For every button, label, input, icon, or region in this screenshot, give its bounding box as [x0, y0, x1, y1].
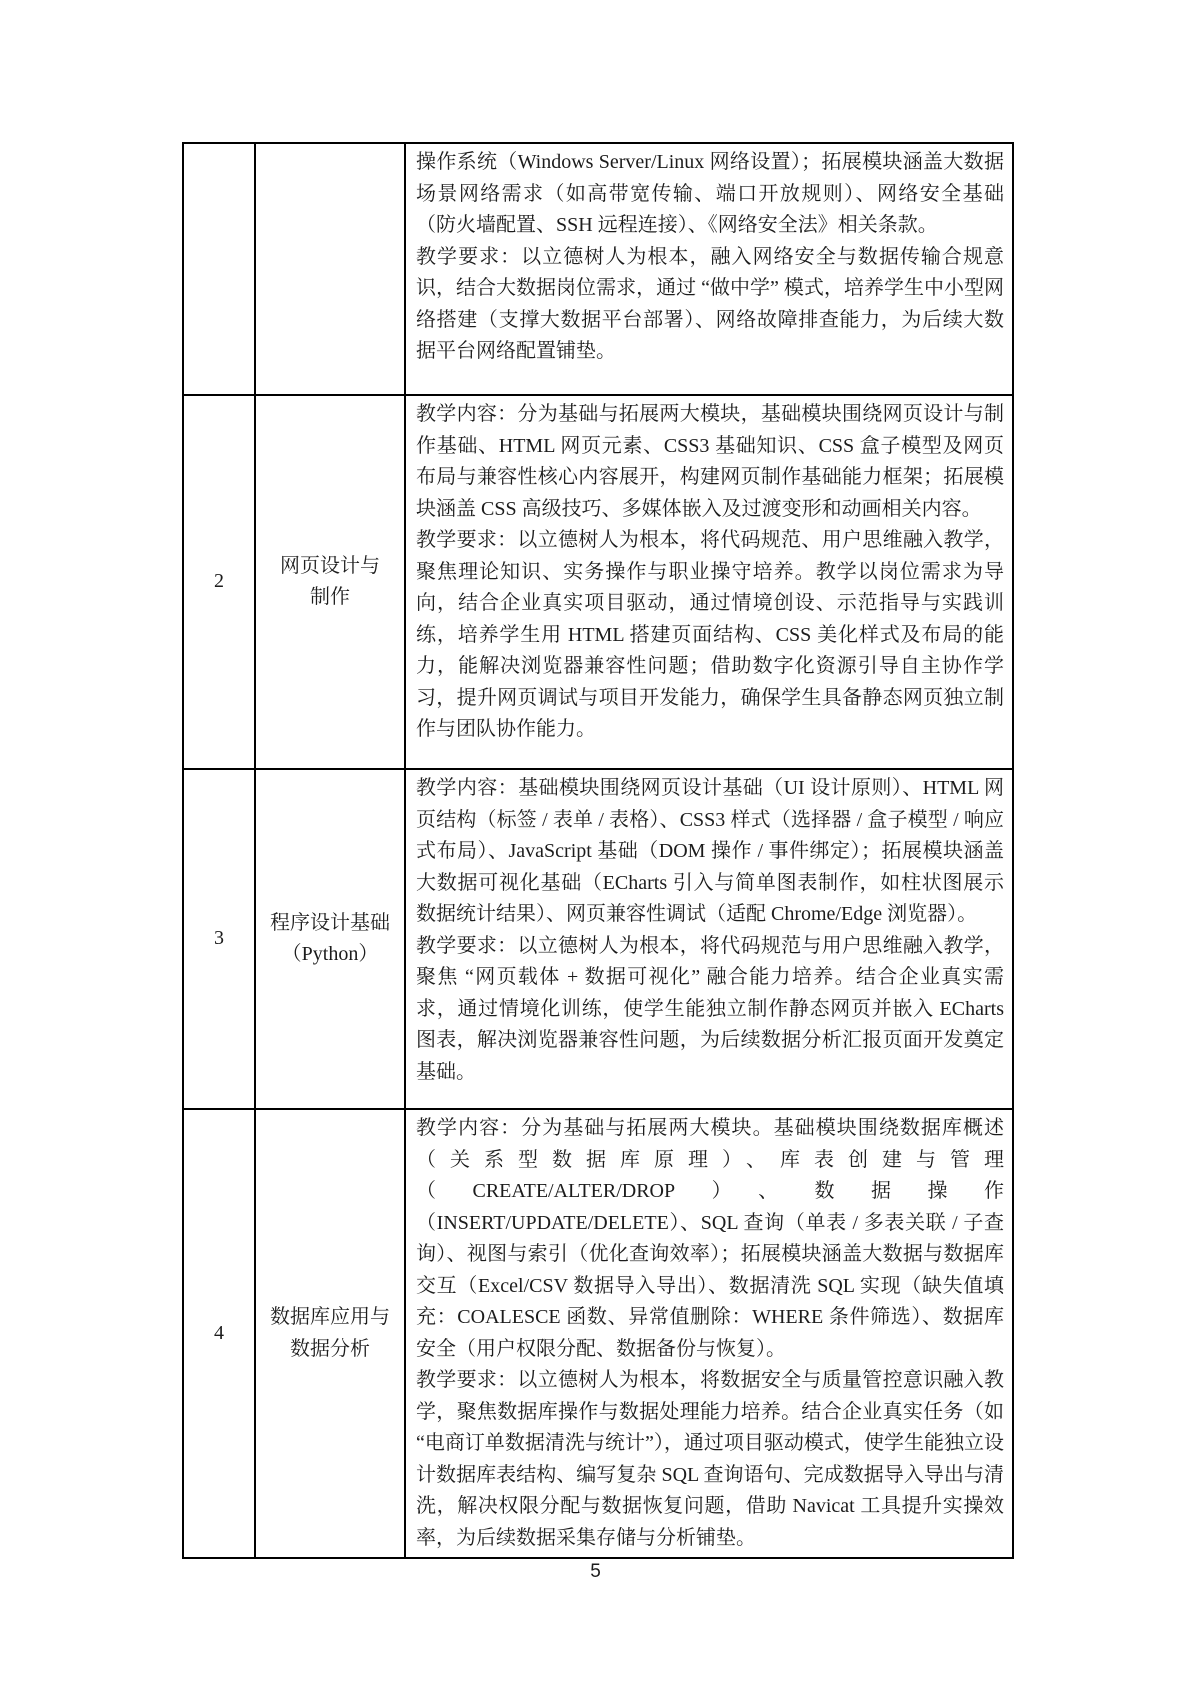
teaching-content-paragraph: 操作系统（Windows Server/Linux 网络设置）；拓展模块涵盖大数…: [416, 147, 1004, 242]
row-number-cell: 3: [183, 769, 255, 1109]
course-description-cell: 操作系统（Windows Server/Linux 网络设置）；拓展模块涵盖大数…: [405, 143, 1013, 395]
teaching-requirement-paragraph: 教学要求：以立德树人为根本，将代码规范与用户思维融入教学，聚焦 “网页载体 + …: [416, 931, 1004, 1089]
teaching-content-paragraph: 教学内容：分为基础与拓展两大模块，基础模块围绕网页设计与制作基础、HTML 网页…: [416, 399, 1004, 525]
table-row: 操作系统（Windows Server/Linux 网络设置）；拓展模块涵盖大数…: [183, 143, 1013, 395]
teaching-requirement-paragraph: 教学要求：以立德树人为根本，将代码规范、用户思维融入教学，聚焦理论知识、实务操作…: [416, 525, 1004, 746]
course-name-cell: 程序设计基础 （Python）: [255, 769, 405, 1109]
row-number-cell: 2: [183, 395, 255, 769]
page-number: 5: [0, 1561, 1191, 1583]
row-number-cell: [183, 143, 255, 395]
course-syllabus-table: 操作系统（Windows Server/Linux 网络设置）；拓展模块涵盖大数…: [182, 142, 1014, 1559]
teaching-content-paragraph: 教学内容：分为基础与拓展两大模块。基础模块围绕数据库概述（关系型数据库原理）、库…: [416, 1113, 1004, 1365]
course-description-cell: 教学内容：分为基础与拓展两大模块，基础模块围绕网页设计与制作基础、HTML 网页…: [405, 395, 1013, 769]
table-row: 4 数据库应用与 数据分析 教学内容：分为基础与拓展两大模块。基础模块围绕数据库…: [183, 1109, 1013, 1558]
course-name-cell: [255, 143, 405, 395]
row-number-cell: 4: [183, 1109, 255, 1558]
table-row: 3 程序设计基础 （Python） 教学内容：基础模块围绕网页设计基础（UI 设…: [183, 769, 1013, 1109]
course-name-cell: 数据库应用与 数据分析: [255, 1109, 405, 1558]
table-row: 2 网页设计与 制作 教学内容：分为基础与拓展两大模块，基础模块围绕网页设计与制…: [183, 395, 1013, 769]
teaching-requirement-paragraph: 教学要求：以立德树人为根本，将数据安全与质量管控意识融入教学，聚焦数据库操作与数…: [416, 1365, 1004, 1554]
teaching-content-paragraph: 教学内容：基础模块围绕网页设计基础（UI 设计原则）、HTML 网页结构（标签 …: [416, 773, 1004, 931]
document-page: 操作系统（Windows Server/Linux 网络设置）；拓展模块涵盖大数…: [0, 0, 1191, 1684]
course-description-cell: 教学内容：基础模块围绕网页设计基础（UI 设计原则）、HTML 网页结构（标签 …: [405, 769, 1013, 1109]
course-description-cell: 教学内容：分为基础与拓展两大模块。基础模块围绕数据库概述（关系型数据库原理）、库…: [405, 1109, 1013, 1558]
teaching-requirement-paragraph: 教学要求：以立德树人为根本，融入网络安全与数据传输合规意识，结合大数据岗位需求，…: [416, 242, 1004, 368]
course-name-cell: 网页设计与 制作: [255, 395, 405, 769]
